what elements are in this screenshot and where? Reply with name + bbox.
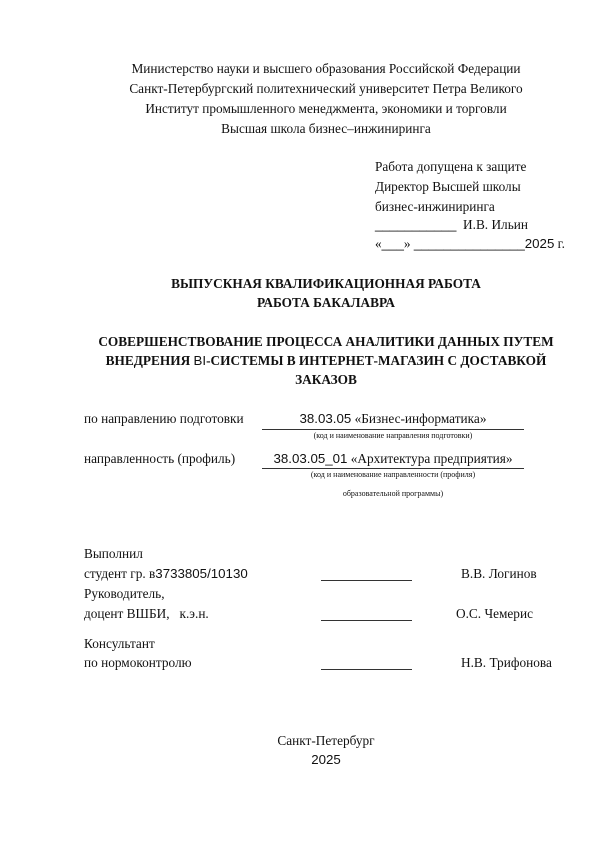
approval-line-1: Работа допущена к защите — [375, 159, 526, 175]
work-type-line-1: ВЫПУСКНАЯ КВАЛИФИКАЦИОННАЯ РАБОТА — [0, 276, 595, 292]
thesis-title-line-1: СОВЕРШЕНСТВОВАНИЕ ПРОЦЕССА АНАЛИТИКИ ДАН… — [0, 334, 595, 350]
date-month-blank: _______________ — [414, 236, 525, 251]
consultant-name: Н.В. Трифонова — [461, 655, 552, 671]
approval-date-row: «___» _______________2025 г. — [375, 236, 565, 252]
profile-name: «Архитектура предприятия» — [347, 451, 512, 466]
profile-code: 38.03.05_01 — [273, 451, 347, 466]
student-role-2: студент гр. в3733805/10130 — [84, 566, 248, 582]
thesis-title-part: ВНЕДРЕНИЯ — [106, 353, 194, 368]
director-signature-row: ___________ И.В. Ильин — [375, 217, 528, 233]
supervisor-role-1: Руководитель, — [84, 586, 165, 602]
director-signature-blank: ___________ — [375, 217, 456, 232]
consultant-role-2: по нормоконтролю — [84, 655, 192, 671]
thesis-title-part: -СИСТЕМЫ В ИНТЕРНЕТ-МАГАЗИН С ДОСТАВКОЙ — [206, 353, 546, 368]
date-suffix: г. — [554, 236, 565, 251]
student-name: В.В. Логинов — [461, 566, 537, 582]
profile-value: 38.03.05_01 «Архитектура предприятия» — [262, 451, 524, 467]
date-day-blank: ___ — [382, 236, 404, 251]
footer-year: 2025 — [0, 752, 595, 767]
direction-code: 38.03.05 — [300, 411, 352, 426]
approval-line-2: Директор Высшей школы — [375, 179, 521, 195]
approval-line-3: бизнес-инжиниринга — [375, 199, 495, 215]
university-line: Санкт-Петербургский политехнический унив… — [0, 81, 595, 97]
school-line: Высшая школа бизнес–инжиниринга — [0, 121, 595, 137]
date-open-quote: « — [375, 236, 382, 251]
date-close-quote: » — [404, 236, 411, 251]
work-type-line-2: РАБОТА БАКАЛАВРА — [0, 295, 595, 311]
direction-name: «Бизнес-информатика» — [351, 411, 486, 426]
thesis-title-line-3: ЗАКАЗОВ — [0, 372, 595, 388]
date-year: 2025 — [525, 236, 555, 251]
direction-caption: (код и наименование направления подготов… — [262, 431, 524, 440]
direction-value: 38.03.05 «Бизнес-информатика» — [262, 411, 524, 427]
supervisor-role-2: доцент ВШБИ, к.э.н. — [84, 606, 209, 622]
student-group-number: 3733805/10130 — [155, 566, 247, 581]
student-group-prefix: студент гр. в — [84, 566, 155, 581]
student-role-1: Выполнил — [84, 546, 143, 562]
profile-underline — [262, 468, 524, 469]
profile-caption-2: образовательной программы) — [262, 489, 524, 498]
bi-abbreviation: BI — [194, 353, 207, 368]
footer-city: Санкт-Петербург — [0, 733, 595, 749]
director-name: И.В. Ильин — [463, 217, 528, 232]
ministry-line: Министерство науки и высшего образования… — [0, 61, 595, 77]
consultant-role-1: Консультант — [84, 636, 155, 652]
direction-label: по направлению подготовки — [84, 411, 244, 427]
profile-caption-1: (код и наименование направленности (проф… — [262, 470, 524, 479]
supervisor-name: О.С. Чемерис — [456, 606, 533, 622]
institute-line: Институт промышленного менеджмента, экон… — [0, 101, 595, 117]
student-signature-line — [321, 580, 412, 581]
supervisor-signature-line — [321, 620, 412, 621]
profile-label: направленность (профиль) — [84, 451, 235, 467]
consultant-signature-line — [321, 669, 412, 670]
thesis-title-line-2: ВНЕДРЕНИЯ BI-СИСТЕМЫ В ИНТЕРНЕТ-МАГАЗИН … — [0, 353, 595, 369]
direction-underline — [262, 429, 524, 430]
